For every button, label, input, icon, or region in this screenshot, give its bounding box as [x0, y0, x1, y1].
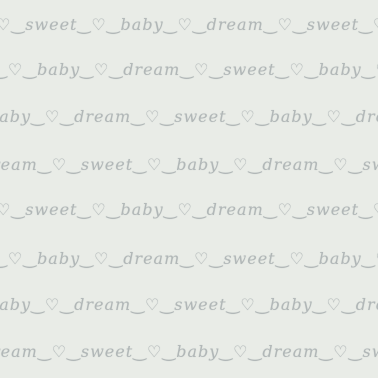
- pattern-row: ream‿♡‿sweet‿♡‿baby‿♡‿dream‿♡‿sweet‿♡‿ba…: [0, 155, 378, 174]
- pattern-row: ‿♡‿baby‿♡‿dream‿♡‿sweet‿♡‿baby‿♡‿dream‿♡…: [0, 249, 378, 268]
- pattern-row: ♡‿sweet‿♡‿baby‿♡‿dream‿♡‿sweet‿♡‿baby‿♡‿…: [0, 15, 378, 34]
- pattern-row: baby‿♡‿dream‿♡‿sweet‿♡‿baby‿♡‿dream‿♡‿sw…: [0, 107, 378, 126]
- pattern-row: ‿♡‿baby‿♡‿dream‿♡‿sweet‿♡‿baby‿♡‿dream‿♡…: [0, 60, 378, 79]
- pattern-swatch: ♡‿sweet‿♡‿baby‿♡‿dream‿♡‿sweet‿♡‿baby‿♡‿…: [0, 0, 378, 378]
- pattern-row: baby‿♡‿dream‿♡‿sweet‿♡‿baby‿♡‿dream‿♡‿sw…: [0, 295, 378, 314]
- pattern-row: ream‿♡‿sweet‿♡‿baby‿♡‿dream‿♡‿sweet‿♡‿ba…: [0, 342, 378, 361]
- pattern-row: ♡‿sweet‿♡‿baby‿♡‿dream‿♡‿sweet‿♡‿baby‿♡‿…: [0, 200, 378, 219]
